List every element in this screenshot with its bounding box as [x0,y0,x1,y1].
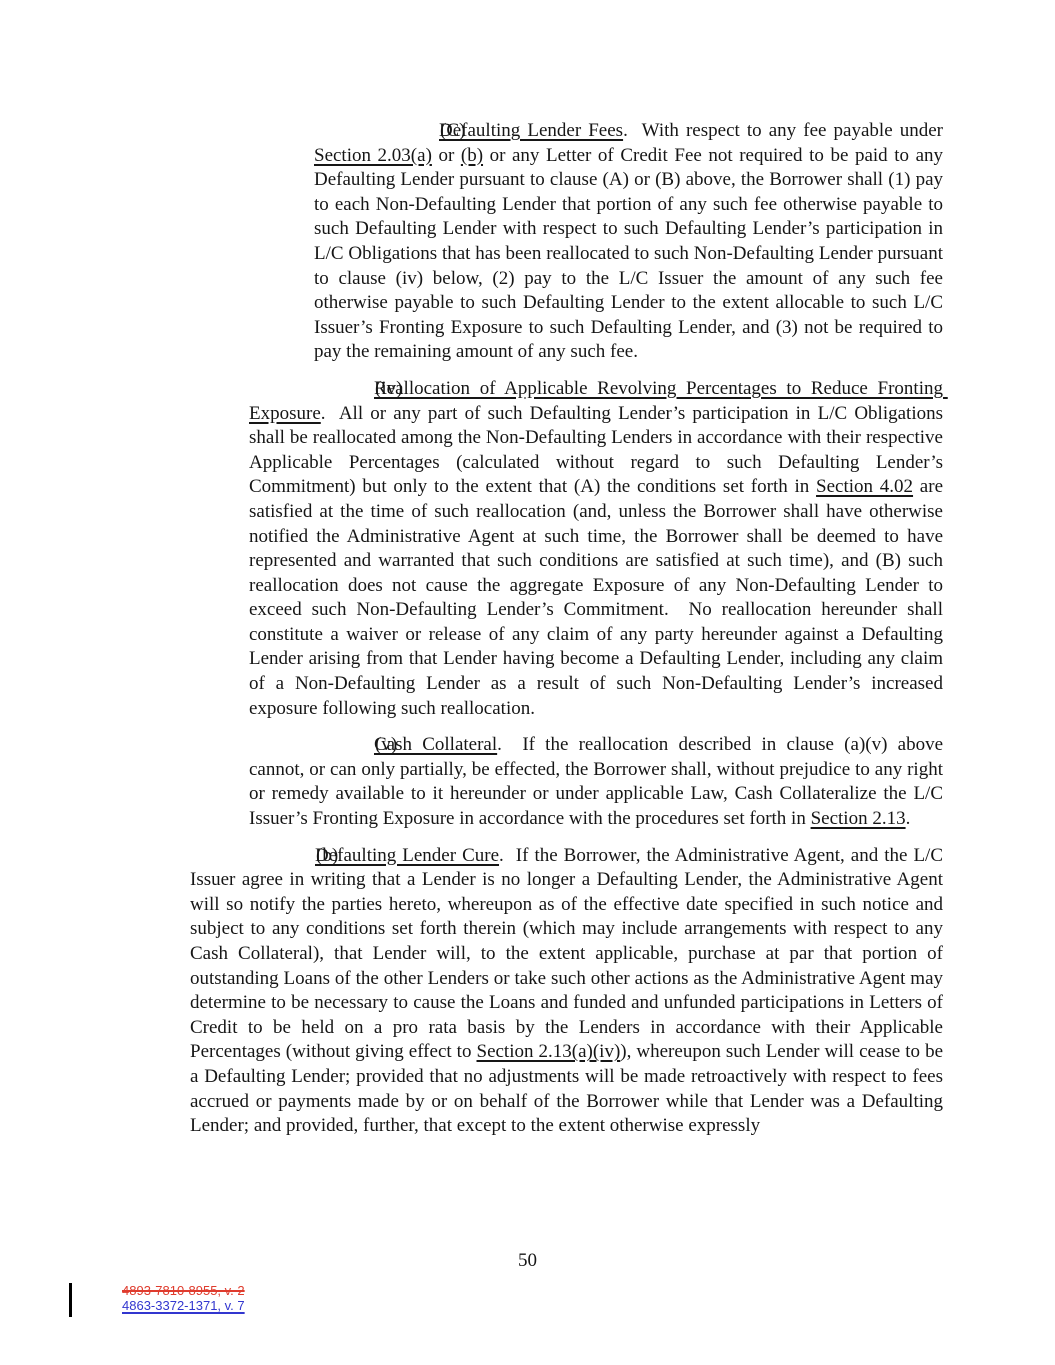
section-heading: Defaulting Lender Fees [439,120,623,141]
document-body: (C)Defaulting Lender Fees. With respect … [190,119,943,1151]
section-reference: Section 2.13(a)(iv) [477,1041,621,1062]
section-reference: Section 4.02 [816,476,913,497]
section-heading: Defaulting Lender Cure [315,845,499,866]
paragraph-number: (iv) [312,377,374,402]
paragraph-text: are satisfied at the time of such reallo… [249,476,948,718]
paragraph-number: (v) [312,733,374,758]
paragraph-c-defaulting-lender-fees: (C)Defaulting Lender Fees. With respect … [314,119,943,365]
paragraph-text: . If the Borrower, the Administrative Ag… [190,845,948,1063]
section-reference: (b) [461,145,483,166]
revision-change-bar [69,1283,72,1317]
doc-id-stamps: 4893-7810-8955, v. 2 4863-3372-1371, v. … [122,1283,245,1313]
paragraph-text: or [432,145,461,166]
document-page: (C)Defaulting Lender Fees. With respect … [0,0,1055,1365]
paragraph-text: . [906,808,911,829]
doc-id-stamp-old: 4893-7810-8955, v. 2 [122,1283,245,1298]
paragraph-number: (b) [253,844,315,869]
paragraph-text: or any Letter of Credit Fee not required… [314,145,948,363]
section-reference: Section 2.13 [811,808,906,829]
paragraph-v-cash-collateral: (v)Cash Collateral. If the reallocation … [249,733,943,831]
paragraph-iv-reallocation: (iv)Reallocation of Applicable Revolving… [249,377,943,721]
paragraph-b-defaulting-lender-cure: (b)Defaulting Lender Cure. If the Borrow… [190,844,943,1139]
page-number: 50 [0,1249,1055,1274]
paragraph-text: . With respect to any fee payable under [623,120,948,141]
doc-id-stamp-new: 4863-3372-1371, v. 7 [122,1298,245,1313]
section-reference: Section 2.03(a) [314,145,432,166]
section-heading: Cash Collateral [374,734,497,755]
paragraph-number: (C) [377,119,439,144]
